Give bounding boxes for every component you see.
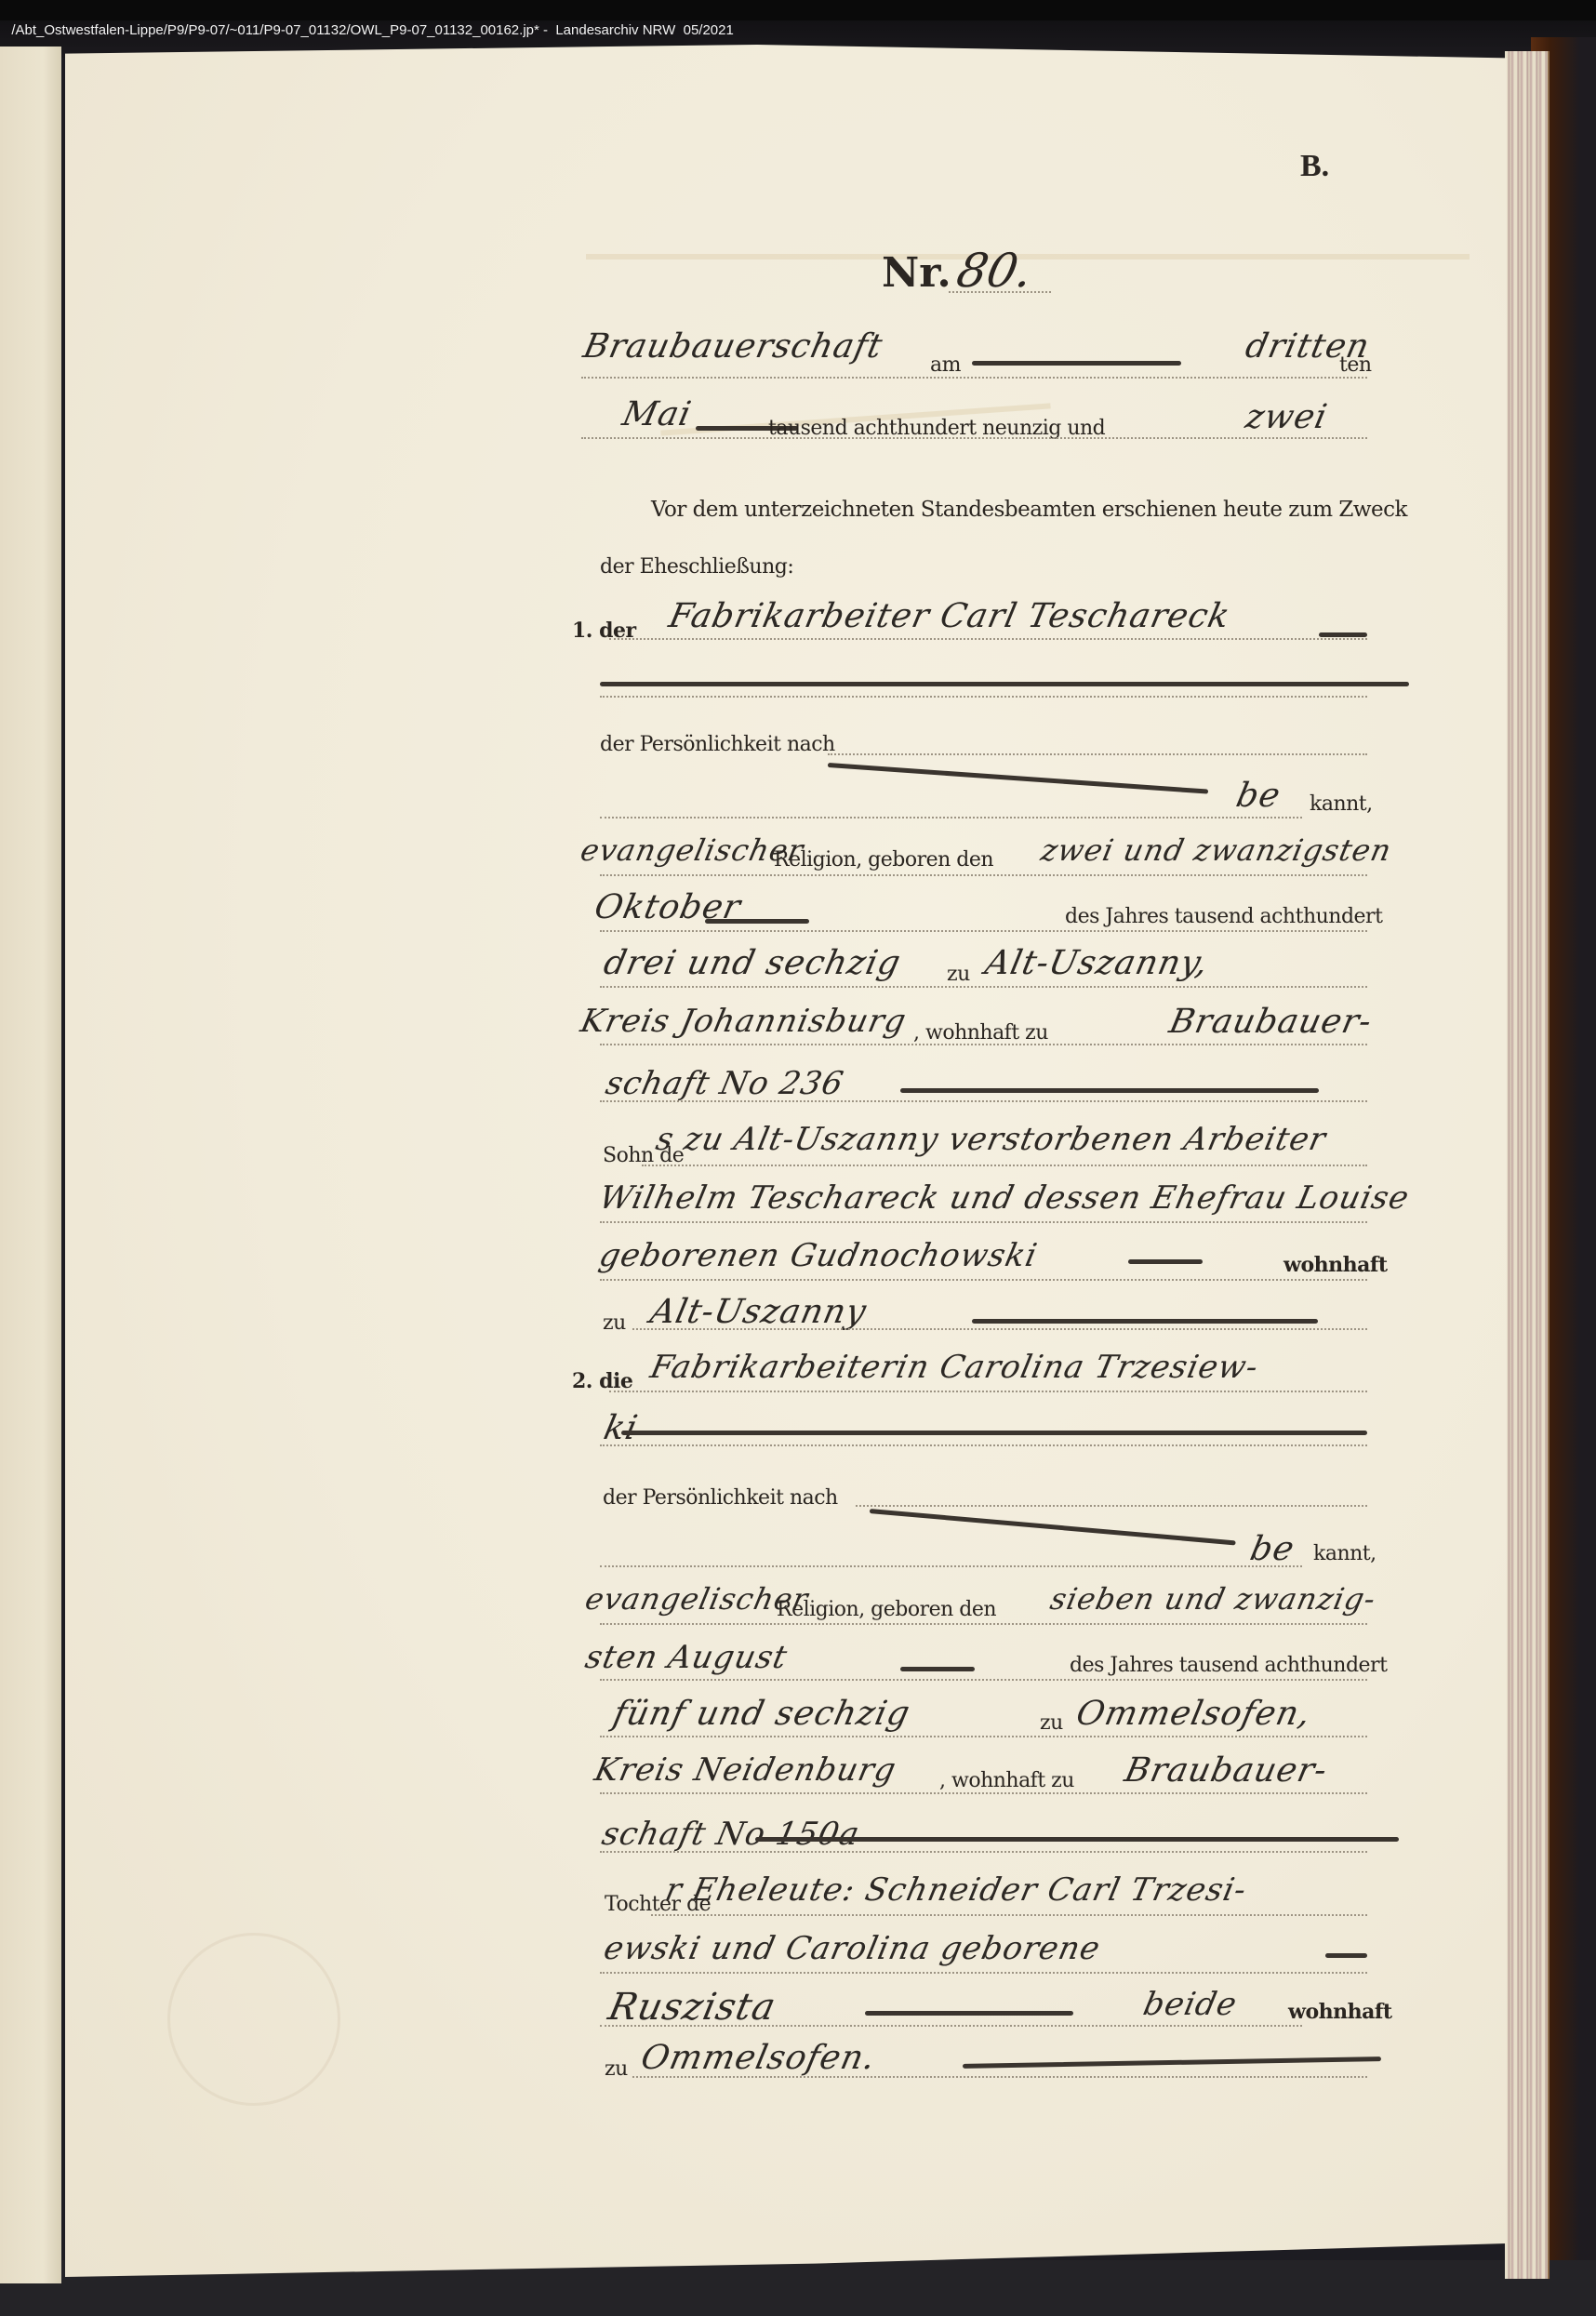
day-suffix: ten xyxy=(1339,353,1372,377)
dotted-rule xyxy=(600,1444,1367,1446)
dotted-rule xyxy=(949,291,1051,293)
year-handwritten: zwei xyxy=(1243,398,1331,436)
dotted-rule xyxy=(600,2025,1302,2027)
fill-stroke xyxy=(705,919,809,924)
dotted-rule xyxy=(600,1972,1367,1974)
intro-line-1: Vor dem unterzeichneten Standesbeamten e… xyxy=(651,498,1407,522)
am-label: am xyxy=(930,353,961,377)
dotted-rule xyxy=(609,1391,1367,1392)
dotted-rule xyxy=(600,817,1302,819)
groom-year-label: des Jahres tausend achthundert xyxy=(1065,905,1382,928)
bride-parents-residence-label: wohnhaft xyxy=(1288,2000,1391,2024)
groom-identity-label: der Persönlichkeit nach xyxy=(600,733,835,756)
fill-stroke xyxy=(1325,1953,1367,1958)
bride-religion-label: Religion, geboren den xyxy=(777,1598,996,1621)
bride-name-handwritten: Fabrikarbeiterin Carolina Trzesiew- xyxy=(647,1349,1262,1386)
bride-residence-handwritten: Braubauer- xyxy=(1122,1751,1331,1790)
bride-identity-handwritten: be xyxy=(1247,1530,1298,1568)
groom-parents-residence-label: wohnhaft xyxy=(1283,1253,1387,1277)
bride-zu-label: zu xyxy=(1040,1711,1063,1735)
groom-religion-label: Religion, geboren den xyxy=(774,848,993,872)
section-marker: B. xyxy=(1300,149,1329,184)
groom-parents-zu-label: zu xyxy=(603,1311,626,1335)
fill-stroke xyxy=(755,1837,1399,1842)
dotted-rule xyxy=(600,1100,1367,1102)
groom-parents-line-3: geborenen Gudnochowski xyxy=(596,1237,1041,1274)
bride-birth-year-handwritten: fünf und sechzig xyxy=(610,1695,914,1733)
groom-parents-line-1: s zu Alt-Uszanny verstorbenen Arbeiter xyxy=(653,1121,1330,1158)
bride-parents-residence-handwritten: Ommelsofen. xyxy=(638,2039,880,2077)
groom-zu-label: zu xyxy=(947,963,970,986)
bride-birth-day-handwritten: sieben und zwanzig- xyxy=(1047,1581,1379,1617)
bride-parents-line-2: ewski und Carolina geborene xyxy=(601,1930,1104,1967)
dotted-rule xyxy=(600,930,1367,932)
groom-parents-line-2: Wilhelm Teschareck und dessen Ehefrau Lo… xyxy=(596,1179,1413,1217)
dotted-rule xyxy=(600,986,1367,988)
dotted-rule xyxy=(828,753,1367,755)
fill-stroke xyxy=(972,1319,1318,1324)
dotted-rule xyxy=(642,1165,1367,1166)
groom-residence-handwritten: Braubauer- xyxy=(1166,1003,1376,1041)
groom-birth-year-handwritten: drei und sechzig xyxy=(601,944,905,982)
bride-birthplace-handwritten: Ommelsofen, xyxy=(1073,1695,1315,1733)
groom-birth-day-handwritten: zwei und zwanzigsten xyxy=(1038,832,1395,868)
place-handwritten: Braubauerschaft xyxy=(580,327,886,366)
record-number-value: 80. xyxy=(952,244,1038,298)
bride-district-handwritten: Kreis Neidenburg xyxy=(592,1751,900,1789)
dotted-rule xyxy=(600,1623,1367,1625)
fill-stroke xyxy=(900,1667,975,1671)
window-title: /Abt_Ostwestfalen-Lippe/P9/P9-07/~011/P9… xyxy=(11,22,733,38)
fill-stroke xyxy=(900,1088,1319,1093)
groom-birthplace-handwritten: Alt-Uszanny, xyxy=(982,944,1212,982)
bride-parents-line-3: Ruszista xyxy=(605,1986,780,2029)
fill-stroke xyxy=(600,682,1409,686)
month-handwritten: Mai xyxy=(619,395,696,433)
groom-religion-handwritten: evangelischer xyxy=(578,832,807,868)
dotted-rule xyxy=(581,377,1367,379)
bride-parents-line-3-extra: beide xyxy=(1140,1986,1241,2023)
groom-name-handwritten: Fabrikarbeiter Carl Teschareck xyxy=(666,597,1234,635)
dotted-rule xyxy=(600,1736,1367,1737)
groom-identity-handwritten: be xyxy=(1233,777,1284,815)
groom-parents-residence-handwritten: Alt-Uszanny xyxy=(647,1293,871,1331)
page-stack-edges xyxy=(1505,51,1549,2279)
groom-residence-cont-handwritten: schaft No 236 xyxy=(603,1065,847,1102)
bride-birth-day-cont-handwritten: sten August xyxy=(582,1639,791,1676)
dotted-rule xyxy=(651,1914,1367,1916)
bride-parents-line-1: r Eheleute: Schneider Carl Trzesi- xyxy=(662,1871,1250,1909)
bride-identity-label: der Persönlichkeit nach xyxy=(603,1486,838,1510)
dotted-rule xyxy=(600,1792,1367,1794)
dotted-rule xyxy=(581,437,1367,439)
groom-residence-label: , wohnhaft zu xyxy=(913,1021,1048,1045)
bride-residence-label: , wohnhaft zu xyxy=(939,1769,1074,1792)
bride-parents-zu-label: zu xyxy=(605,2057,628,2081)
bride-identity-suffix: kannt, xyxy=(1313,1542,1377,1565)
dotted-rule xyxy=(632,2076,1367,2078)
intro-line-2: der Eheschließung: xyxy=(600,555,793,579)
dotted-rule xyxy=(600,1044,1367,1045)
left-page-edge xyxy=(0,47,61,2283)
bleed-through-stamp xyxy=(167,1933,340,2106)
fill-stroke xyxy=(972,361,1181,366)
dotted-rule xyxy=(632,1328,1367,1330)
dotted-rule xyxy=(600,1851,1367,1853)
groom-district-handwritten: Kreis Johannisburg xyxy=(578,1003,910,1040)
dotted-rule xyxy=(600,1565,1302,1567)
record-number-label: Nr. xyxy=(882,249,951,297)
dotted-rule xyxy=(600,1221,1367,1223)
bride-year-label: des Jahres tausend achthundert xyxy=(1070,1654,1387,1677)
window-title-bar: /Abt_Ostwestfalen-Lippe/P9/P9-07/~011/P9… xyxy=(0,0,1596,20)
dotted-rule xyxy=(600,1279,1367,1281)
dotted-rule xyxy=(856,1505,1367,1507)
dotted-rule xyxy=(600,696,1367,698)
dotted-rule xyxy=(600,874,1367,876)
groom-identity-suffix: kannt, xyxy=(1310,792,1373,816)
bride-residence-cont-handwritten: schaft No 150a xyxy=(599,1816,863,1853)
dotted-rule xyxy=(600,1679,1367,1681)
fill-stroke xyxy=(621,1431,1367,1435)
fill-stroke xyxy=(865,2011,1073,2016)
fill-stroke xyxy=(1319,632,1367,637)
fill-stroke xyxy=(1128,1259,1203,1264)
dotted-rule xyxy=(609,638,1367,640)
